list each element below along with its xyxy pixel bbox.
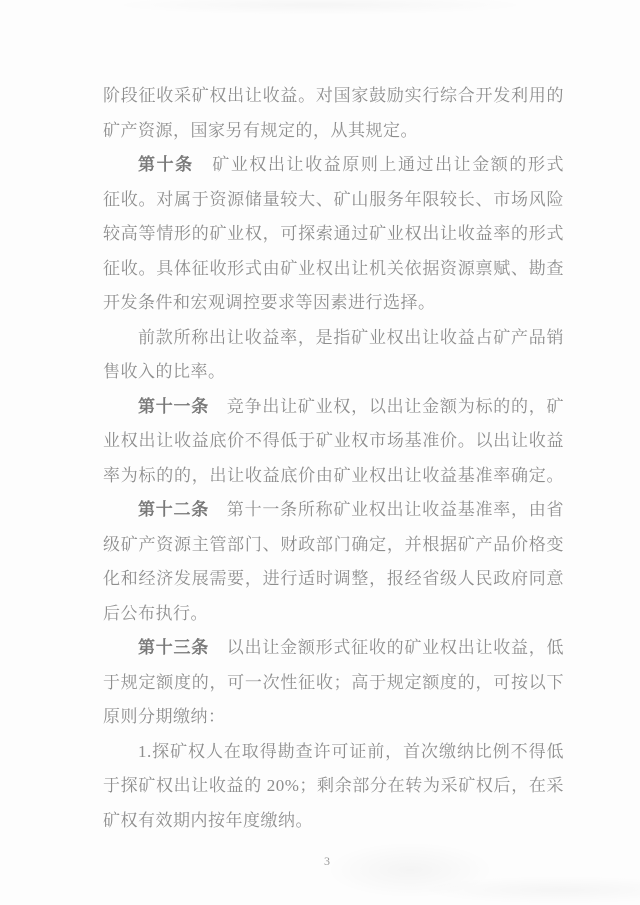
text-line: 原则分期缴纳：	[103, 700, 564, 735]
text-line: 前款所称出让收益率，是指矿业权出让收益占矿产品销	[103, 321, 564, 356]
line-text: 于规定额度的，可一次性征收；高于规定额度的，可按以下	[103, 673, 564, 692]
text-line: 阶段征收采矿权出让收益。对国家鼓励实行综合开发利用的	[103, 79, 564, 114]
text-line: 第十条 矿业权出让收益原则上通过出让金额的形式	[103, 148, 564, 183]
line-text: 竞争出让矿业权，以出让金额为标的的，矿	[209, 397, 564, 416]
text-line: 业权出让收益底价不得低于矿业权市场基准价。以出让收益	[103, 424, 564, 459]
line-text: 原则分期缴纳：	[103, 707, 226, 726]
line-text: 后公布执行。	[103, 604, 208, 623]
article-heading: 第十二条	[138, 500, 209, 519]
text-line: 征收。对属于资源储量较大、矿山服务年限较长、市场风险	[103, 183, 564, 218]
line-text: 开发条件和宏观调控要求等因素进行选择。	[103, 293, 436, 312]
page-number: 3	[0, 854, 640, 869]
text-line: 第十一条 竞争出让矿业权，以出让金额为标的的，矿	[103, 390, 564, 425]
text-line: 矿权有效期内按年度缴纳。	[103, 804, 564, 839]
line-text: 售收入的比率。	[103, 362, 226, 381]
line-text: 级矿产资源主管部门、财政部门确定，并根据矿产品价格变	[103, 535, 564, 554]
text-line: 第十三条 以出让金额形式征收的矿业权出让收益，低	[103, 631, 564, 666]
text-line: 开发条件和宏观调控要求等因素进行选择。	[103, 286, 564, 321]
line-text: 业权出让收益底价不得低于矿业权市场基准价。以出让收益	[103, 431, 564, 450]
text-line: 后公布执行。	[103, 597, 564, 632]
article-heading: 第十条	[138, 155, 194, 174]
line-text: 征收。具体征收形式由矿业权出让机关依据资源禀赋、勘查	[103, 259, 564, 278]
line-text: 率为标的的，出让收益底价由矿业权出让收益基准率确定。	[103, 466, 564, 485]
text-line: 化和经济发展需要，进行适时调整，报经省级人民政府同意	[103, 562, 564, 597]
line-text: 化和经济发展需要，进行适时调整，报经省级人民政府同意	[103, 569, 564, 588]
line-text: 于探矿权出让收益的 20%；剩余部分在转为采矿权后，在采	[103, 776, 564, 795]
article-heading: 第十一条	[138, 397, 209, 416]
line-text: 以出让金额形式征收的矿业权出让收益，低	[209, 638, 564, 657]
text-line: 较高等情形的矿业权，可探索通过矿业权出让收益率的形式	[103, 217, 564, 252]
line-text: 矿产资源，国家另有规定的，从其规定。	[103, 121, 418, 140]
text-line: 征收。具体征收形式由矿业权出让机关依据资源禀赋、勘查	[103, 252, 564, 287]
article-heading: 第十三条	[138, 638, 209, 657]
line-text: 较高等情形的矿业权，可探索通过矿业权出让收益率的形式	[103, 224, 564, 243]
line-text: 矿业权出让收益原则上通过出让金额的形式	[194, 155, 564, 174]
text-line: 于规定额度的，可一次性征收；高于规定额度的，可按以下	[103, 666, 564, 701]
text-line: 第十二条 第十一条所称矿业权出让收益基准率，由省	[103, 493, 564, 528]
text-line: 矿产资源，国家另有规定的，从其规定。	[103, 114, 564, 149]
line-text: 阶段征收采矿权出让收益。对国家鼓励实行综合开发利用的	[103, 86, 564, 105]
line-text: 前款所称出让收益率，是指矿业权出让收益占矿产品销	[138, 328, 564, 347]
line-text: 1.探矿权人在取得勘查许可证前，首次缴纳比例不得低	[138, 742, 564, 761]
document-page: 阶段征收采矿权出让收益。对国家鼓励实行综合开发利用的矿产资源，国家另有规定的，从…	[0, 0, 640, 905]
text-line: 级矿产资源主管部门、财政部门确定，并根据矿产品价格变	[103, 528, 564, 563]
text-line: 1.探矿权人在取得勘查许可证前，首次缴纳比例不得低	[103, 735, 564, 770]
text-block: 阶段征收采矿权出让收益。对国家鼓励实行综合开发利用的矿产资源，国家另有规定的，从…	[103, 79, 564, 838]
text-line: 售收入的比率。	[103, 355, 564, 390]
line-text: 矿权有效期内按年度缴纳。	[103, 811, 313, 830]
text-line: 率为标的的，出让收益底价由矿业权出让收益基准率确定。	[103, 459, 564, 494]
text-line: 于探矿权出让收益的 20%；剩余部分在转为采矿权后，在采	[103, 769, 564, 804]
line-text: 第十一条所称矿业权出让收益基准率，由省	[209, 500, 564, 519]
line-text: 征收。对属于资源储量较大、矿山服务年限较长、市场风险	[103, 190, 564, 209]
